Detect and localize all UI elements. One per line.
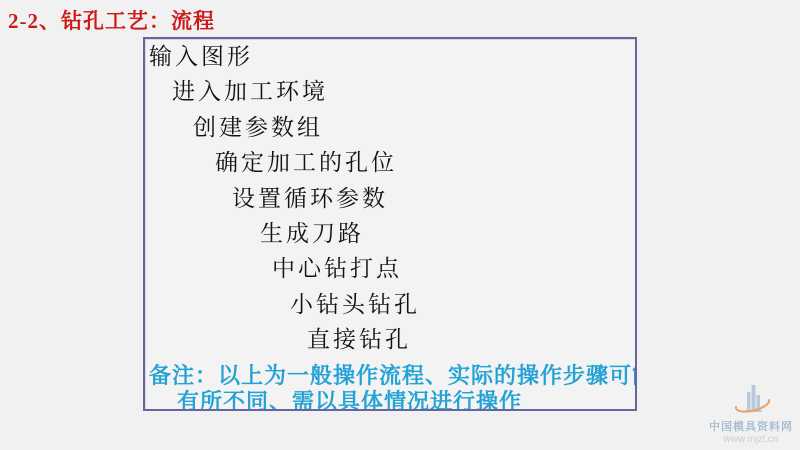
note-line-1: 备注：以上为一般操作流程、实际的操作步骤可能会 [145,363,635,389]
flow-steps-box: 输入图形 进入加工环境 创建参数组 确定加工的孔位 设置循环参数 生成刀路 中心… [143,37,637,411]
flow-step: 生成刀路 [145,216,635,251]
flow-step: 设置循环参数 [145,181,635,216]
flow-step: 小钻头钻孔 [145,287,635,322]
note-text: 备注：以上为一般操作流程、实际的操作步骤可能会 有所不同、需以具体情况进行操作 [145,363,635,411]
flow-step: 中心钻打点 [145,251,635,286]
note-line-2: 有所不同、需以具体情况进行操作 [145,389,635,411]
flow-step: 创建参数组 [145,110,635,145]
watermark: 中国模具资料网 www.mjzl.cn [705,382,797,446]
flow-step: 进入加工环境 [145,74,635,109]
buildings-swoosh-icon [728,382,774,420]
watermark-site-url: www.mjzl.cn [705,434,797,446]
page-title: 2-2、钻孔工艺：流程 [8,5,215,35]
flow-step: 输入图形 [145,39,635,74]
flow-step: 确定加工的孔位 [145,145,635,180]
watermark-site-name: 中国模具资料网 [705,421,797,434]
flow-step: 直接钻孔 [145,322,635,357]
